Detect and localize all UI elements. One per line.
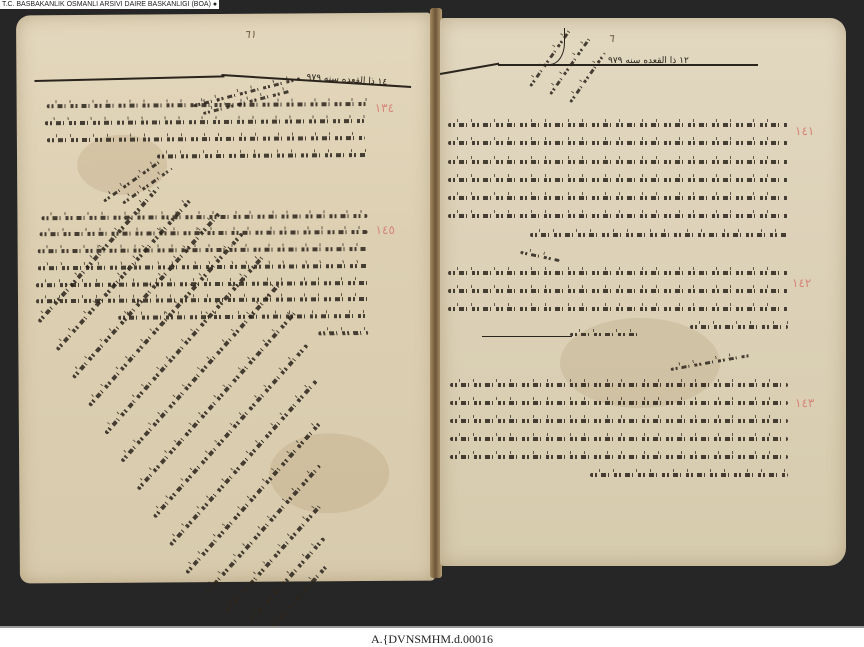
- text-line: [450, 396, 788, 408]
- separator-rule: [482, 336, 572, 337]
- text-line: [448, 209, 788, 221]
- entry-number: ١٣٤: [375, 101, 394, 115]
- archive-watermark-label: T.C. BASBAKANLIK OSMANLI ARSIVI DAIRE BA…: [0, 0, 219, 9]
- text-line: [448, 266, 788, 278]
- text-line: [448, 155, 788, 167]
- text-line: [448, 136, 788, 148]
- text-line: [47, 131, 365, 145]
- document-viewer[interactable]: T.C. BASBAKANLIK OSMANLI ARSIVI DAIRE BA…: [0, 0, 864, 626]
- text-line: [448, 284, 788, 296]
- header-rule: [34, 75, 224, 82]
- folio-number: ٦١: [244, 28, 256, 41]
- text-line: [448, 191, 788, 203]
- text-line: [157, 148, 367, 161]
- document-footer: A.{DVNSMHM.d.00016: [0, 626, 864, 647]
- manuscript-right-page: ٦ ١٢ ذا القعده سنه ٩٧٩ ١٤١ ١٤٢ ١٤٣: [440, 18, 846, 566]
- text-line: [590, 468, 788, 480]
- text-line: [36, 292, 368, 306]
- folio-number: ٦: [608, 32, 614, 45]
- entry-number: ١٤٢: [792, 276, 811, 290]
- page-header-date: ١٤ ذا القعده سنه ٩٧٩: [306, 73, 387, 88]
- entry-number: ١٤١: [795, 124, 814, 138]
- text-line: [450, 432, 788, 444]
- signature-note: [570, 328, 640, 340]
- document-reference-code: A.{DVNSMHM.d.00016: [371, 632, 493, 646]
- text-line: [450, 450, 788, 462]
- text-line: [318, 326, 368, 338]
- text-line: [45, 114, 365, 128]
- text-line: [47, 97, 367, 111]
- text-line: [450, 378, 788, 390]
- text-line: [450, 414, 788, 426]
- entry-number: ١٤٣: [795, 396, 814, 410]
- page-header-date: ١٢ ذا القعده سنه ٩٧٩: [608, 56, 689, 66]
- signature-mark: [519, 246, 561, 266]
- text-line: [530, 228, 788, 240]
- text-line: [448, 302, 788, 314]
- text-line: [448, 173, 788, 185]
- text-line: [448, 118, 788, 130]
- entry-number: ١٤٥: [375, 223, 394, 237]
- manuscript-left-page: ٦١ ١٤ ذا القعده سنه ٩٧٩ ١٣٤ ١٤٥: [16, 13, 435, 584]
- header-rule: [440, 63, 499, 75]
- text-line: [690, 320, 788, 332]
- text-line: [38, 242, 368, 256]
